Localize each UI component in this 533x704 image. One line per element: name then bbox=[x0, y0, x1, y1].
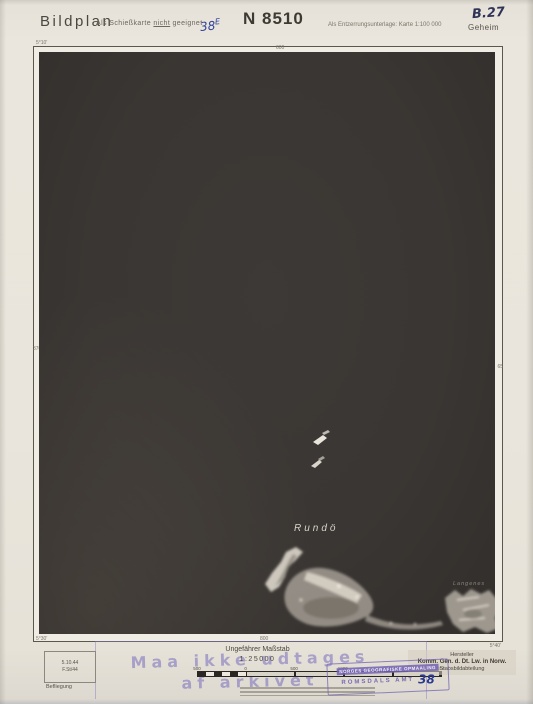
handwritten-sheet-note: 38E bbox=[199, 17, 221, 34]
tick-bottom-right: 5°40' bbox=[490, 644, 501, 649]
tick-top-center: 600 bbox=[276, 46, 284, 51]
flight-info-line1: 5.10.44 bbox=[62, 661, 79, 666]
norwegian-stamp-line2: ROMSDALS AMT bbox=[341, 677, 414, 686]
rectification-note: Als Entzerrungsunterlage: Karte 1:100 00… bbox=[328, 22, 441, 28]
tick-bottom-left: 5°30' bbox=[36, 637, 47, 642]
place-label-rundo: Rundö bbox=[294, 523, 338, 534]
fine-print-line bbox=[240, 695, 375, 697]
aerial-photo: Rundö Langenes bbox=[39, 52, 495, 634]
coastal-strip-shape bbox=[365, 615, 443, 630]
ship-wake-mark bbox=[311, 460, 322, 468]
photo-frame: 5°10' 600 370 65 5°30' 800 5°40' bbox=[33, 46, 503, 642]
producer-label: Hersteller bbox=[408, 652, 516, 658]
flight-label: Befliegung bbox=[46, 684, 72, 690]
bildplan-sheet: Bildplan Als Schießkarte nicht geeignet … bbox=[0, 0, 533, 704]
suitability-note: Als Schießkarte nicht geeignet bbox=[96, 20, 203, 27]
handwritten-archive-number: 38 bbox=[418, 672, 435, 686]
flight-info-box: 5.10.44 F.St/44 bbox=[44, 651, 96, 683]
norwegian-archive-stamp: NORGES GEOGRAFISKE OPMAALING ROMSDALS AM… bbox=[326, 658, 449, 695]
scale-title: Ungefährer Maßstab bbox=[195, 646, 320, 653]
scale-value: 1:25000 bbox=[195, 656, 320, 663]
tick-top-left: 5°10' bbox=[36, 41, 47, 46]
place-label-langenes: Langenes bbox=[453, 581, 485, 587]
flight-info-line2: F.St/44 bbox=[62, 668, 78, 673]
tick-right-mid: 65 bbox=[497, 365, 503, 370]
handwritten-reference: B.27 bbox=[472, 5, 506, 22]
sheet-number: N 8510 bbox=[243, 9, 304, 29]
classification-label: Geheim bbox=[468, 23, 499, 32]
ship-wake-mark bbox=[313, 435, 327, 445]
coastline-graphic bbox=[39, 52, 495, 634]
